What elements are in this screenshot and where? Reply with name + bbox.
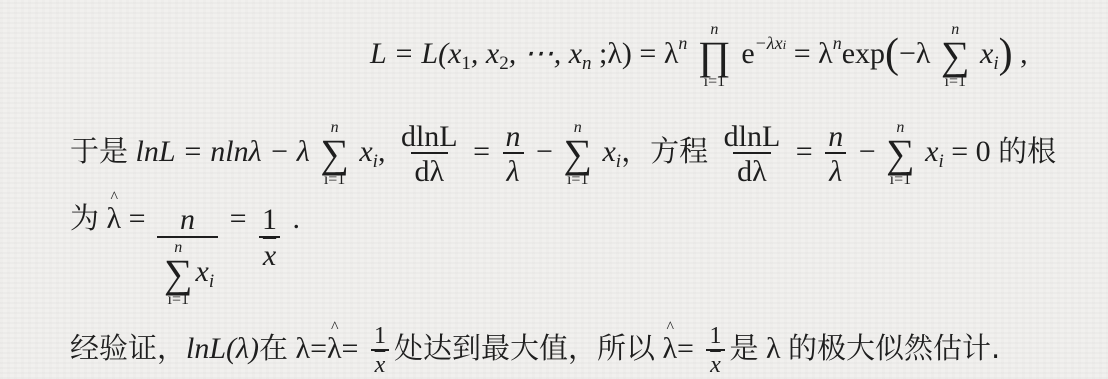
likelihood-equation: L = L(x1, x2, ⋯, xn ;λ) = λn n ∏ i=1 e−λ… bbox=[370, 22, 1028, 90]
text: = bbox=[121, 202, 153, 235]
log-likelihood-line: 于是 lnL = nlnλ − λ n ∑ i=1 xi, dlnLdλ = n… bbox=[70, 120, 1056, 188]
denominator: x bbox=[371, 349, 390, 378]
text: 的根 bbox=[998, 134, 1056, 168]
text: − bbox=[536, 135, 560, 168]
text: = bbox=[473, 135, 497, 168]
text: n bbox=[833, 33, 842, 53]
derivative-fraction: dlnLdλ bbox=[397, 121, 462, 188]
denominator: λ bbox=[825, 152, 846, 188]
product-symbol: ∏ bbox=[698, 38, 731, 74]
numerator: n bbox=[176, 204, 199, 236]
text: = 0 bbox=[944, 135, 998, 168]
text: = bbox=[230, 202, 254, 235]
text: x bbox=[359, 135, 372, 168]
sum-operator: n ∑ i=1 bbox=[563, 120, 592, 188]
text: 处达到最大值，所以 bbox=[394, 331, 655, 365]
text: x bbox=[196, 254, 209, 287]
limit-bottom: i=1 bbox=[567, 172, 588, 188]
text: lnL = nlnλ − λ bbox=[128, 135, 310, 168]
text: , x bbox=[471, 37, 499, 70]
text: x bbox=[602, 135, 615, 168]
exponent: −λxi bbox=[755, 33, 787, 53]
lambda-hat: λ bbox=[662, 334, 677, 364]
text: n bbox=[678, 33, 687, 53]
sum-symbol: ∑ bbox=[941, 38, 970, 74]
estimator-line: 为 λ = n n ∑ i=1 xi = 1x . bbox=[70, 204, 300, 308]
text: λ bbox=[758, 332, 788, 365]
text: 的极大似然估计. bbox=[788, 331, 1000, 365]
fraction: 1x bbox=[258, 204, 281, 271]
limit-bottom: i=1 bbox=[704, 74, 725, 90]
text: −λ bbox=[899, 37, 930, 70]
sum-operator: n ∑ i=1 bbox=[164, 240, 193, 308]
fraction: 1x bbox=[370, 324, 390, 378]
lambda-hat: λ bbox=[327, 334, 342, 364]
text: λ= bbox=[288, 332, 327, 365]
denominator: x bbox=[706, 349, 725, 378]
text: e bbox=[741, 37, 754, 70]
denominator: dλ bbox=[411, 152, 449, 188]
text: 在 bbox=[259, 331, 288, 365]
numerator: dlnL bbox=[397, 121, 462, 153]
fraction: 1x bbox=[705, 324, 725, 378]
denominator: dλ bbox=[733, 152, 771, 188]
text: , ⋯, x bbox=[509, 37, 582, 70]
text: L = L(x bbox=[370, 37, 461, 70]
sum-operator: n ∑ i=1 bbox=[320, 120, 349, 188]
denominator: λ bbox=[503, 152, 524, 188]
numerator: n bbox=[502, 121, 525, 153]
numerator: n bbox=[824, 121, 847, 153]
numerator: 1 bbox=[705, 324, 725, 349]
sum-symbol: ∑ bbox=[320, 136, 349, 172]
text: = bbox=[677, 332, 694, 365]
fraction: nλ bbox=[502, 121, 525, 188]
sum-symbol: ∑ bbox=[886, 136, 915, 172]
sum-operator: n ∑ i=1 bbox=[941, 22, 970, 90]
limit-bottom: i=1 bbox=[945, 74, 966, 90]
fraction: nλ bbox=[824, 121, 847, 188]
limit-bottom: i=1 bbox=[890, 172, 911, 188]
text: , bbox=[378, 135, 386, 168]
text: 于是 bbox=[70, 134, 128, 168]
text: 经验证， bbox=[70, 331, 186, 365]
product-operator: n ∏ i=1 bbox=[698, 22, 731, 90]
text: 是 bbox=[729, 331, 758, 365]
text: −λx bbox=[755, 33, 783, 53]
denominator: x bbox=[259, 236, 280, 272]
sum-operator: n ∑ i=1 bbox=[886, 120, 915, 188]
sum-symbol: ∑ bbox=[563, 136, 592, 172]
text: ， bbox=[621, 134, 650, 168]
text: , bbox=[1013, 37, 1028, 70]
estimator-fraction: n n ∑ i=1 xi bbox=[157, 204, 218, 308]
limit-bottom: i=1 bbox=[168, 292, 189, 308]
denominator: n ∑ i=1 xi bbox=[157, 236, 218, 308]
text: x bbox=[980, 37, 993, 70]
limit-bottom: i=1 bbox=[324, 172, 345, 188]
sum-symbol: ∑ bbox=[164, 256, 193, 292]
text: 2 bbox=[499, 53, 509, 74]
text: ( bbox=[885, 31, 899, 77]
text: = bbox=[796, 135, 820, 168]
numerator: 1 bbox=[258, 204, 281, 236]
numerator: dlnL bbox=[720, 121, 785, 153]
text: 方程 bbox=[650, 134, 708, 168]
text: exp bbox=[842, 37, 885, 70]
numerator: 1 bbox=[370, 324, 390, 349]
text: lnL(λ) bbox=[186, 332, 259, 365]
text: n bbox=[582, 53, 592, 74]
derivative-fraction: dlnLdλ bbox=[720, 121, 785, 188]
text: = λ bbox=[786, 37, 832, 70]
text: ) bbox=[999, 31, 1013, 77]
conclusion-line: 经验证，lnL(λ)在 λ=λ= 1x处达到最大值，所以 λ= 1x是 λ 的极… bbox=[70, 324, 1000, 378]
text: . bbox=[285, 202, 300, 235]
text: 1 bbox=[461, 53, 471, 74]
lambda-hat: λ bbox=[107, 204, 122, 234]
text: x bbox=[925, 135, 938, 168]
text: i bbox=[209, 270, 214, 291]
text: 为 bbox=[70, 201, 99, 235]
text: = bbox=[342, 332, 359, 365]
text: − bbox=[859, 135, 883, 168]
text: ;λ) = λ bbox=[592, 37, 679, 70]
